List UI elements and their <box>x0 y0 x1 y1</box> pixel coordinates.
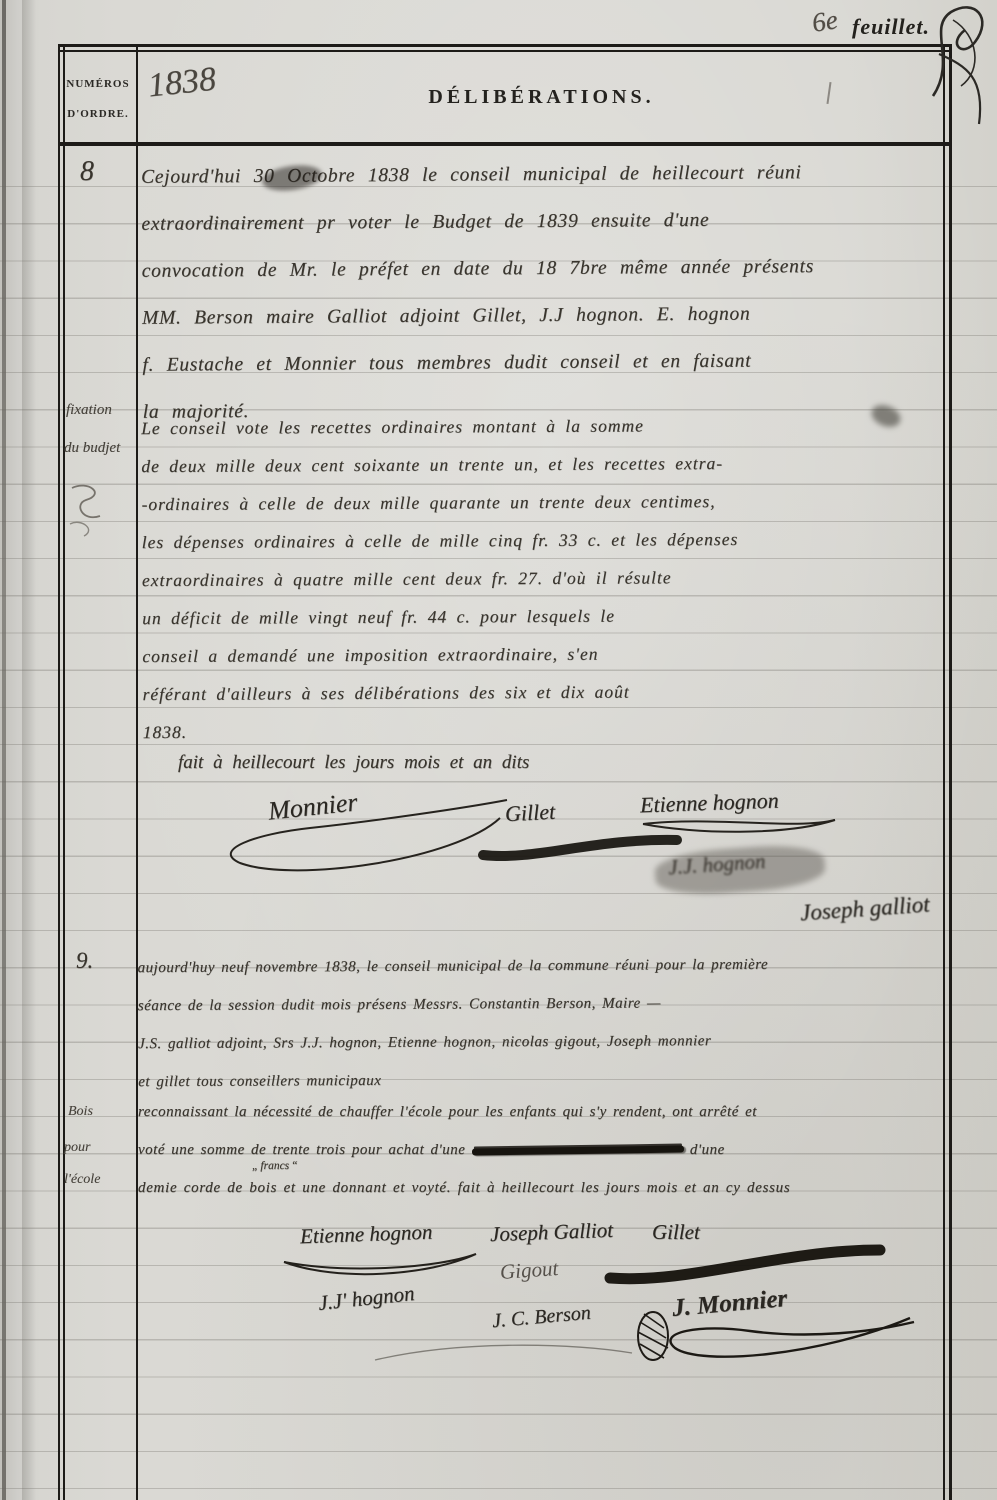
faint-underline-curve <box>370 1335 640 1365</box>
signature-gigout: Gigout <box>499 1256 559 1285</box>
signature-gillet-entry8: Gillet <box>504 799 555 828</box>
entry9-school-line2: voté une somme de trente trois pour acha… <box>138 1142 725 1180</box>
signature-jc-berson: J. C. Berson <box>491 1302 592 1334</box>
folio-word: feuillet. <box>852 14 930 40</box>
signature-jj-hognon-entry9: J.J' hognon <box>317 1281 416 1316</box>
frame-right-outer <box>949 44 952 1500</box>
handwritten-line: Le conseil vote les recettes ordinaires … <box>141 414 941 456</box>
frame-top-outer <box>58 44 952 47</box>
entry8-budget-paragraph: Le conseil vote les recettes ordinaires … <box>141 414 943 760</box>
signature-j-monnier: J. Monnier <box>671 1285 788 1323</box>
etienne-hognon-underline-entry8 <box>635 814 845 846</box>
berson-hatched-flourish <box>630 1308 676 1364</box>
handwritten-line: MM. Berson maire Galliot adjoint Gillet,… <box>142 302 942 355</box>
signature-etienne-hognon-entry9: Etienne hognon <box>300 1220 433 1250</box>
handwritten-line: -ordinaires à celle de deux mille quaran… <box>142 490 942 532</box>
entry9-margin-note-line1: Bois <box>68 1104 93 1120</box>
folio-number: 6e <box>810 4 840 39</box>
frame-left-outer <box>58 44 60 1500</box>
handwritten-line: conseil a demandé une imposition extraor… <box>142 642 942 684</box>
school-line2-after: d'une <box>690 1142 725 1158</box>
signature-monnier: Monnier <box>267 787 359 826</box>
handwritten-line: un déficit de mille vingt neuf fr. 44 c.… <box>142 604 942 646</box>
handwritten-line: de deux mille deux cent soixante un tren… <box>141 452 941 494</box>
entry9-opening-paragraph: aujourd'huy neuf novembre 1838, le conse… <box>138 956 967 1112</box>
entry8-opening-paragraph: Cejourd'hui 30 Octobre 1838 le conseil m… <box>141 161 943 449</box>
entry9-order-number: 9. <box>76 948 93 974</box>
register-page-scan: 6e feuillet. NUMÉROS D'ORDRE. 1838 DÉLIB… <box>0 0 997 1500</box>
handwritten-line: extraordinaires à quatre mille cent deux… <box>142 566 942 608</box>
handwritten-line: aujourd'huy neuf novembre 1838, le conse… <box>138 956 966 998</box>
header-rule <box>58 142 952 146</box>
margin-paraph-flourish <box>66 478 118 542</box>
interlinear-insertion: francs <box>252 1160 298 1172</box>
frame-right-inner <box>943 44 945 1500</box>
handwritten-line: convocation de Mr. le préfet en date du … <box>142 255 942 308</box>
handwritten-line: f. Eustache et Monnier tous membres dudi… <box>142 349 942 402</box>
gillet-ink-swoosh-entry8 <box>475 828 687 866</box>
handwritten-line: extraordinairement pr voter le Budget de… <box>141 208 941 261</box>
entry8-margin-note-line2: du budjet <box>64 440 120 457</box>
frame-top-inner <box>58 50 952 52</box>
entry8-closing-line: fait à heillecourt les jours mois et an … <box>178 752 529 774</box>
signature-gillet-entry9: Gillet <box>652 1220 700 1245</box>
etienne-hognon-underline-entry9 <box>278 1248 483 1282</box>
entry9-school-line3: demie corde de bois et une donnant et vo… <box>138 1180 997 1218</box>
entry8-margin-note-line1: fixation <box>66 402 112 419</box>
binding-shadow <box>22 0 36 1500</box>
entry9-margin-note-line3: l'école <box>64 1172 100 1188</box>
entry9-school-line1: reconnaissant la nécessité de chauffer l… <box>138 1104 757 1142</box>
entry9-margin-note-line2: pour <box>64 1140 90 1156</box>
signature-joseph-galliot-entry8: Joseph galliot <box>799 892 930 927</box>
struck-out-text <box>472 1146 684 1156</box>
folio-paraph-flourish <box>923 0 997 130</box>
handwritten-line: Cejourd'hui 30 Octobre 1838 le conseil m… <box>141 161 941 214</box>
handwritten-line: J.S. galliot adjoint, Srs J.J. hognon, E… <box>138 1032 966 1074</box>
page-edge-line <box>2 0 6 1500</box>
entry8-order-number: 8 <box>80 156 94 188</box>
signature-etienne-hognon-entry8: Etienne hognon <box>640 788 780 819</box>
order-column-title-line1: NUMÉROS <box>58 78 138 90</box>
handwritten-line: référant d'ailleurs à ses délibérations … <box>143 680 943 722</box>
school-line2-before: voté une somme de trente trois pour acha… <box>138 1142 465 1158</box>
handwritten-line: séance de la session dudit mois présens … <box>138 994 966 1036</box>
frame-left-inner <box>63 44 65 1500</box>
order-column-divider <box>136 44 138 1500</box>
signature-joseph-galliot-entry9: Joseph Galliot <box>490 1218 614 1247</box>
order-column-title-line2: D'ORDRE. <box>58 108 138 120</box>
page-title: DÉLIBÉRATIONS. <box>140 86 943 109</box>
gillet-ink-swoosh-entry9 <box>600 1240 890 1288</box>
monnier-flourish <box>215 788 515 893</box>
handwritten-line: les dépenses ordinaires à celle de mille… <box>142 528 942 570</box>
